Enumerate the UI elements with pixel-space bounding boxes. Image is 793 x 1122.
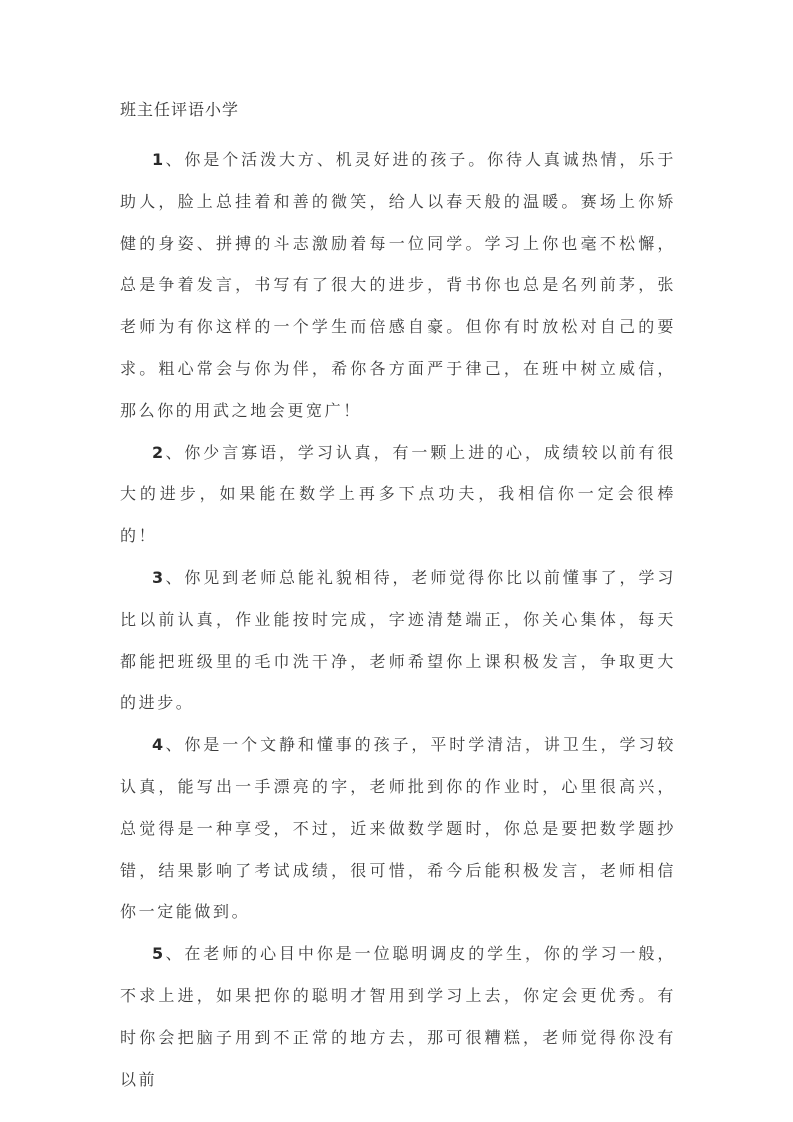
- comment-paragraph-5: 5、在老师的心目中你是一位聪明调皮的学生，你的学习一般，不求上进，如果把你的聪明…: [120, 933, 676, 1100]
- paragraph-text: 、你是个活泼大方、机灵好进的孩子。你待人真诚热情，乐于助人，脸上总挂着和善的微笑…: [120, 150, 676, 420]
- document-title: 班主任评语小学: [120, 98, 676, 122]
- paragraph-text: 、在老师的心目中你是一位聪明调皮的学生，你的学习一般，不求上进，如果把你的聪明才…: [120, 944, 676, 1088]
- paragraph-number: 2: [152, 443, 163, 462]
- comment-paragraph-4: 4、你是一个文静和懂事的孩子，平时学清洁，讲卫生，学习较认真，能写出一手漂亮的字…: [120, 724, 676, 933]
- paragraph-number: 1: [152, 150, 163, 169]
- paragraph-text: 、你是一个文静和懂事的孩子，平时学清洁，讲卫生，学习较认真，能写出一手漂亮的字，…: [120, 735, 676, 921]
- paragraph-number: 4: [152, 735, 163, 754]
- paragraph-text: 、你少言寡语，学习认真，有一颗上进的心，成绩较以前有很大的进步，如果能在数学上再…: [120, 443, 676, 546]
- comment-paragraph-1: 1、你是个活泼大方、机灵好进的孩子。你待人真诚热情，乐于助人，脸上总挂着和善的微…: [120, 139, 676, 432]
- document-page: 班主任评语小学 1、你是个活泼大方、机灵好进的孩子。你待人真诚热情，乐于助人，脸…: [120, 98, 676, 1100]
- paragraph-text: 、你见到老师总能礼貌相待，老师觉得你比以前懂事了，学习比以前认真，作业能按时完成…: [120, 568, 676, 712]
- paragraph-number: 5: [152, 944, 163, 963]
- comment-paragraph-3: 3、你见到老师总能礼貌相待，老师觉得你比以前懂事了，学习比以前认真，作业能按时完…: [120, 557, 676, 724]
- comment-paragraph-2: 2、你少言寡语，学习认真，有一颗上进的心，成绩较以前有很大的进步，如果能在数学上…: [120, 432, 676, 557]
- paragraph-number: 3: [152, 568, 163, 587]
